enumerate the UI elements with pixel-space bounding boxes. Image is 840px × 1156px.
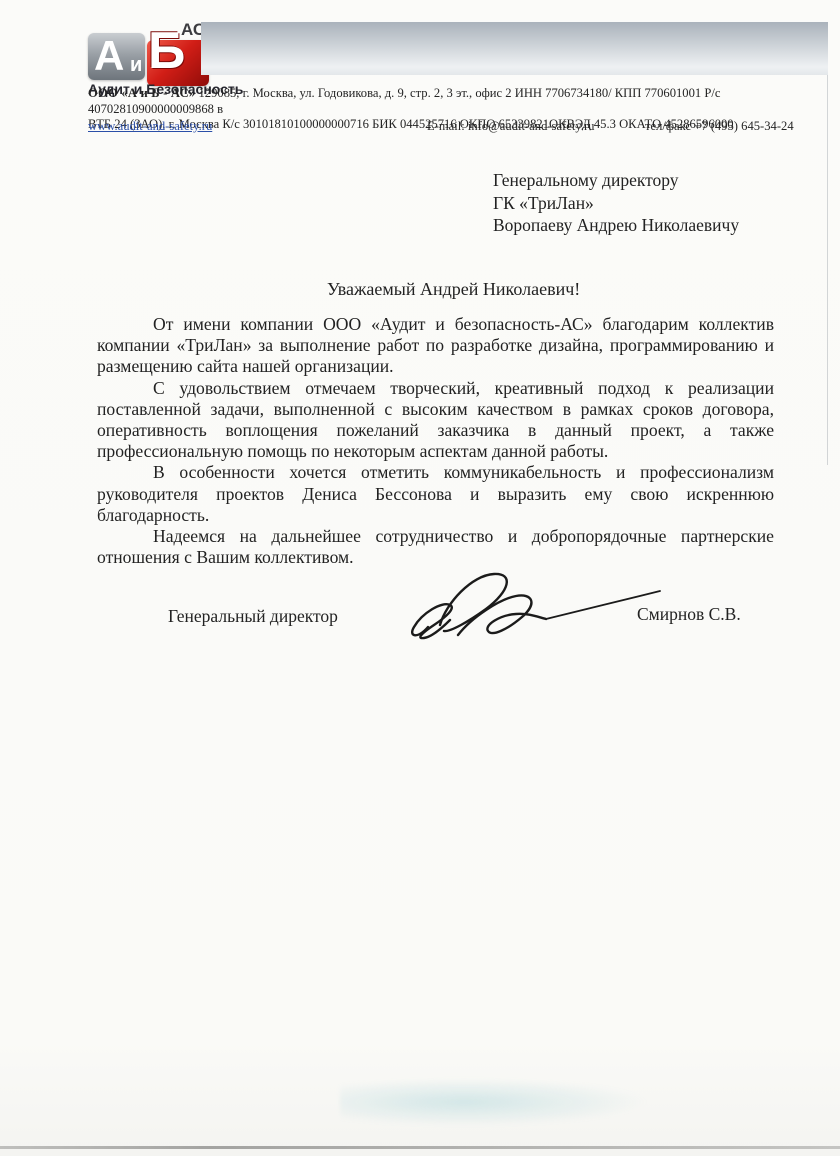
scan-smudge-artifact	[340, 1078, 650, 1126]
recipient-position: Генеральному директору	[493, 169, 739, 192]
letter-paragraph: В особенности хочется отметить коммуника…	[97, 462, 774, 526]
scanned-letter-page: А и Б АС Аудит и Безопасность ООО «А и Б…	[0, 0, 840, 1156]
salutation: Уважаемый Андрей Николаевич!	[327, 279, 580, 300]
scan-edge-artifact-bottom	[0, 1146, 840, 1149]
company-name: ООО «А и Б - АС»	[88, 86, 195, 100]
signature-row: Генеральный директор Смирнов С.В.	[0, 560, 840, 650]
requisites-line-1: ООО «А и Б - АС» 129085, г. Москва, ул. …	[88, 86, 828, 117]
handwritten-signature	[398, 565, 668, 650]
recipient-company: ГК «ТриЛан»	[493, 192, 739, 215]
signer-name: Смирнов С.В.	[637, 604, 741, 625]
logo-letter-b: Б	[148, 23, 185, 79]
scan-edge-artifact-right	[827, 75, 828, 465]
letter-paragraph: От имени компании ООО «Аудит и безопасно…	[97, 314, 774, 378]
letter-body: От имени компании ООО «Аудит и безопасно…	[97, 314, 774, 568]
signer-title: Генеральный директор	[168, 606, 338, 627]
letterhead-banner	[201, 22, 828, 75]
logo-letter-a: А	[94, 32, 124, 79]
email-text: E-mail: info@audit-and-safety.ru	[427, 119, 594, 134]
letter-paragraph: С удовольствием отмечаем творческий, кре…	[97, 378, 774, 463]
contact-row: www.audit-and-safety.ru E-mail: info@aud…	[0, 119, 840, 139]
recipient-person: Воропаеву Андрею Николаевичу	[493, 214, 739, 237]
website-link: www.audit-and-safety.ru	[88, 119, 212, 134]
recipient-block: Генеральному директору ГК «ТриЛан» Вороп…	[493, 169, 739, 237]
logo-letter-i: и	[130, 54, 142, 77]
phone-text: тел/факс +7 (495) 645-34-24	[645, 119, 794, 134]
